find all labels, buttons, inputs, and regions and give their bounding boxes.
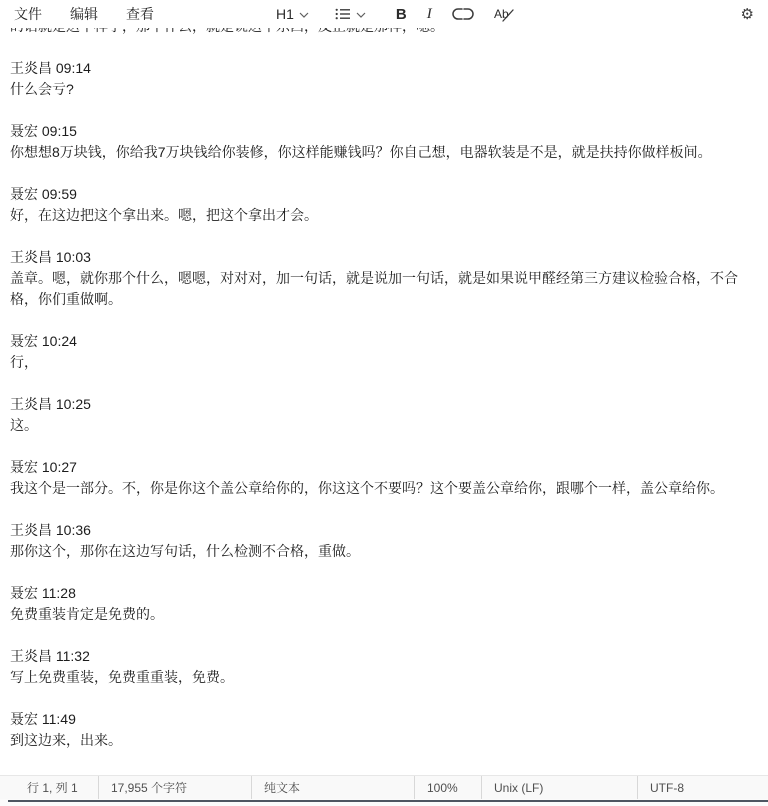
zoom-level-status: 100% <box>415 776 482 799</box>
message-block: 聂宏 09:15你想想8万块钱，你给我7万块钱给你装修，你这样能赚钱吗？你自己想… <box>10 121 758 163</box>
italic-button[interactable]: I <box>421 4 438 25</box>
message-text: 我这个是一部分。不，你是你这个盖公章给你的，你这这个不要吗？这个要盖公章给你，跟… <box>10 478 758 499</box>
chevron-down-icon <box>299 5 309 23</box>
window-edge-line <box>8 800 768 802</box>
menu-item-view[interactable]: 查看 <box>118 1 162 27</box>
speaker-time-line: 王炎昌 10:03 <box>10 247 758 268</box>
speaker-time-line: 聂宏 11:28 <box>10 583 758 604</box>
heading-style-label: H1 <box>276 6 294 22</box>
line-ending-status: Unix (LF) <box>482 776 638 799</box>
speaker-time-line: 聂宏 10:24 <box>10 331 758 352</box>
message-block: 聂宏 11:49到这边来，出来。 <box>10 709 758 751</box>
message-text: 到这边来，出来。 <box>10 730 758 751</box>
clipped-top-line: 的话就是这个样子，那个什么，就是说这个东西，反正就是那样，嗯。 <box>10 28 758 37</box>
speaker-time-line: 王炎昌 09:14 <box>10 58 758 79</box>
char-count-status: 17,955 个字符 <box>99 776 252 799</box>
speaker-time-line: 聂宏 09:59 <box>10 184 758 205</box>
menu-item-edit[interactable]: 编辑 <box>62 1 106 27</box>
message-text: 你想想8万块钱，你给我7万块钱给你装修，你这样能赚钱吗？你自己想，电器软装是不是… <box>10 142 758 163</box>
message-text: 这。 <box>10 415 758 436</box>
formatting-group: H1 <box>270 3 520 25</box>
link-icon <box>452 8 474 20</box>
list-style-dropdown[interactable] <box>329 3 372 25</box>
link-button[interactable] <box>446 6 480 22</box>
clear-formatting-button[interactable]: Ab <box>488 4 520 24</box>
message-text: 行， <box>10 352 758 373</box>
notepad-window: 文件 编辑 查看 H1 <box>0 0 768 806</box>
message-text: 那你这个，那你在这边写句话，什么检测不合格，重做。 <box>10 541 758 562</box>
clear-formatting-icon: Ab <box>494 6 514 22</box>
speaker-time-line: 聂宏 09:15 <box>10 121 758 142</box>
message-block: 王炎昌 10:36那你这个，那你在这边写句话，什么检测不合格，重做。 <box>10 520 758 562</box>
cursor-position-status: 行 1, 列 1 <box>0 776 99 799</box>
bold-label: B <box>396 6 407 23</box>
settings-button[interactable]: ⚙ <box>735 5 760 24</box>
editor-content: 的话就是这个样子，那个什么，就是说这个东西，反正就是那样，嗯。 王炎昌 09:1… <box>0 28 768 751</box>
heading-style-dropdown[interactable]: H1 <box>270 3 315 25</box>
menu-item-file[interactable]: 文件 <box>6 1 50 27</box>
svg-text:Ab: Ab <box>494 7 509 21</box>
speaker-time-line: 王炎昌 11:32 <box>10 646 758 667</box>
message-block: 聂宏 10:24行， <box>10 331 758 373</box>
speaker-time-line: 王炎昌 10:36 <box>10 520 758 541</box>
toolbar: 文件 编辑 查看 H1 <box>0 0 768 28</box>
gear-icon: ⚙ <box>741 6 754 23</box>
speaker-time-line: 聂宏 11:49 <box>10 709 758 730</box>
message-block: 聂宏 11:28免费重装肯定是免费的。 <box>10 583 758 625</box>
speaker-time-line: 王炎昌 10:25 <box>10 394 758 415</box>
message-text: 写上免费重装，免费重重装，免费。 <box>10 667 758 688</box>
message-text: 什么会亏? <box>10 79 758 100</box>
bullet-list-icon <box>335 7 351 21</box>
doc-format-status: 纯文本 <box>252 776 415 799</box>
message-text: 好，在这边把这个拿出来。嗯，把这个拿出才会。 <box>10 205 758 226</box>
speaker-time-line: 聂宏 10:27 <box>10 457 758 478</box>
bold-button[interactable]: B <box>390 4 413 25</box>
encoding-status: UTF-8 <box>638 776 768 799</box>
message-block: 王炎昌 10:03盖章。嗯，就你那个什么，嗯嗯，对对对，加一句话，就是说加一句话… <box>10 247 758 310</box>
message-block: 聂宏 09:59好，在这边把这个拿出来。嗯，把这个拿出才会。 <box>10 184 758 226</box>
message-text: 盖章。嗯，就你那个什么，嗯嗯，对对对，加一句话，就是说加一句话，就是如果说甲醛经… <box>10 268 758 310</box>
message-block: 王炎昌 11:32写上免费重装，免费重重装，免费。 <box>10 646 758 688</box>
message-block: 聂宏 10:27我这个是一部分。不，你是你这个盖公章给你的，你这这个不要吗？这个… <box>10 457 758 499</box>
window-bottom-edge <box>0 799 768 806</box>
italic-label: I <box>427 6 432 23</box>
message-text: 免费重装肯定是免费的。 <box>10 604 758 625</box>
chevron-down-icon <box>356 5 366 23</box>
text-editor-area[interactable]: 的话就是这个样子，那个什么，就是说这个东西，反正就是那样，嗯。 王炎昌 09:1… <box>0 28 768 775</box>
message-block: 王炎昌 10:25这。 <box>10 394 758 436</box>
status-bar: 行 1, 列 1 17,955 个字符 纯文本 100% Unix (LF) U… <box>0 775 768 799</box>
message-block: 王炎昌 09:14什么会亏? <box>10 58 758 100</box>
